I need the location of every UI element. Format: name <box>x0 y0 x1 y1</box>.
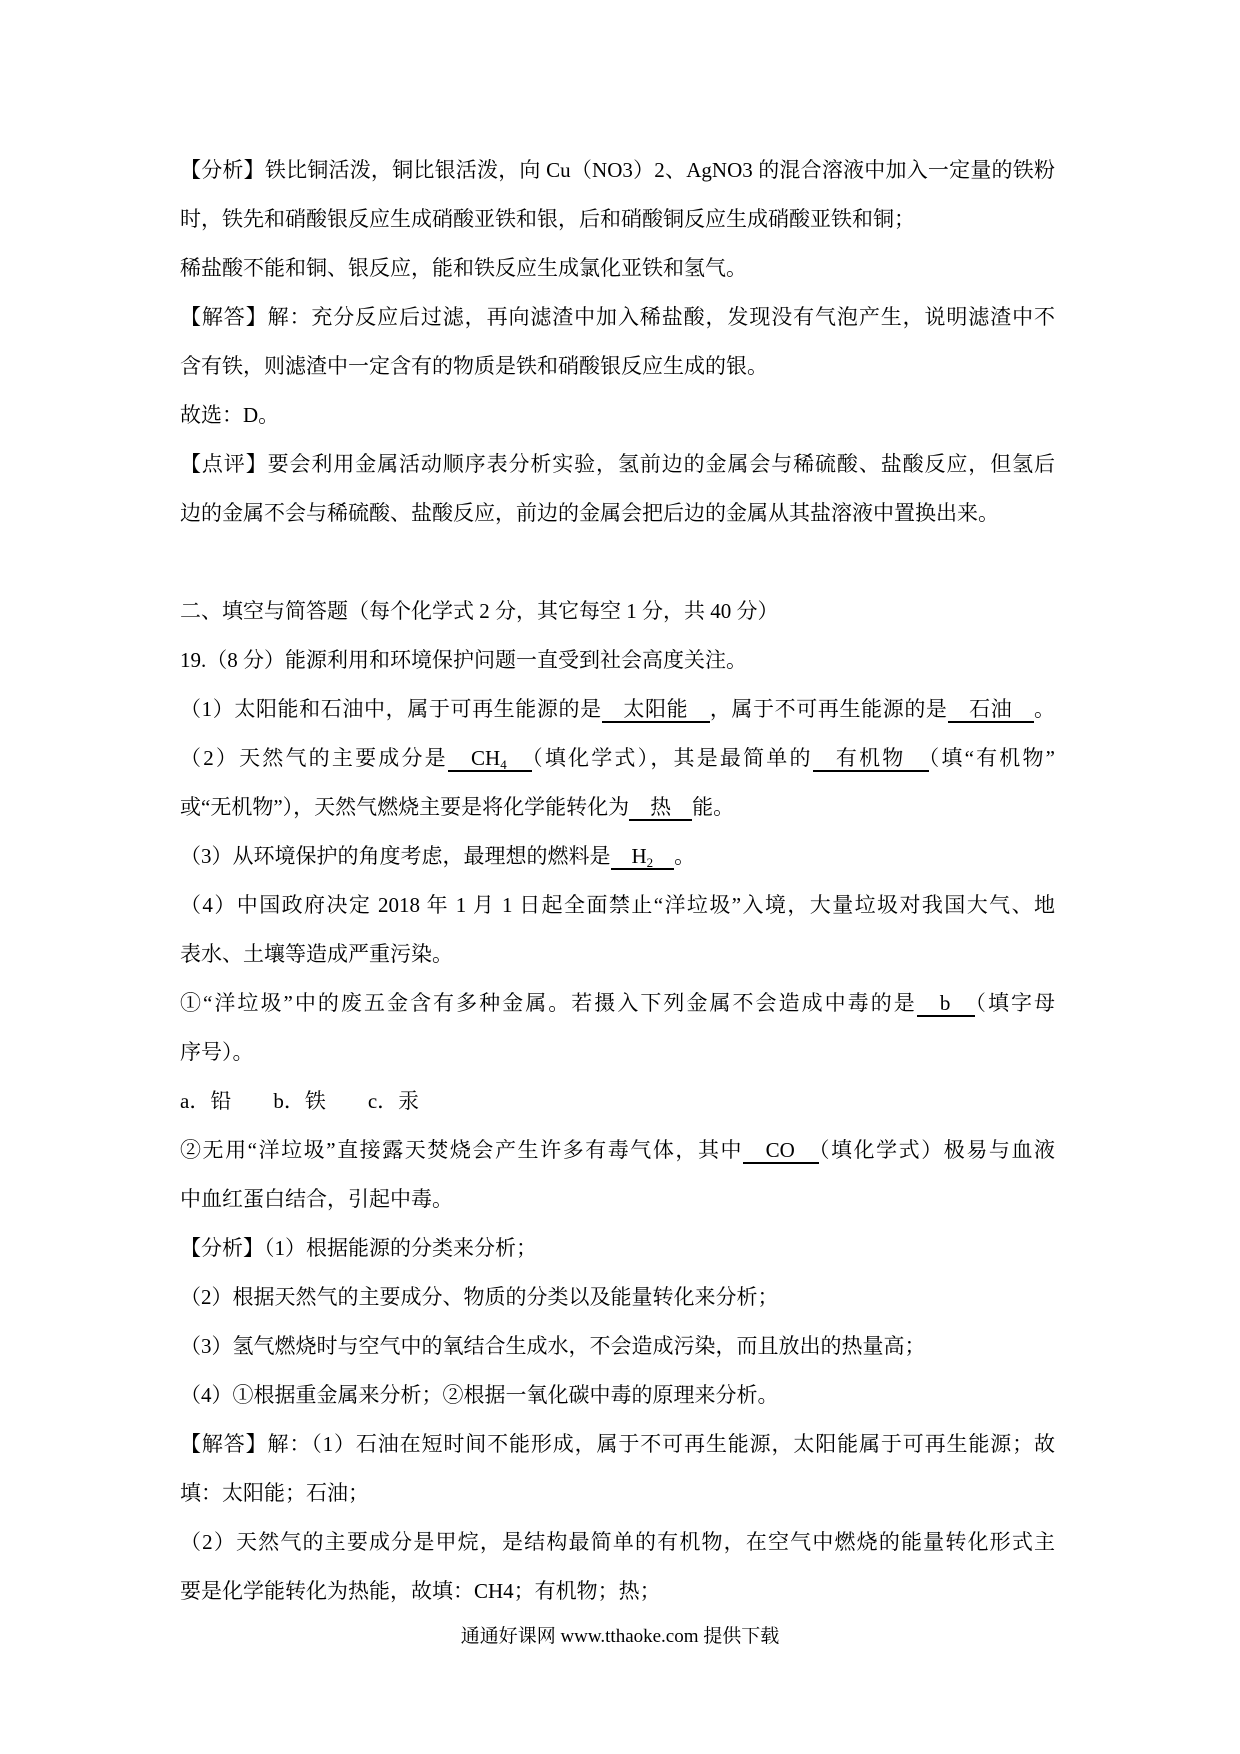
answer-blank: H2 <box>611 844 675 870</box>
text-segment: 要是化学能转化为热能，故填：CH4；有机物；热； <box>180 1579 661 1603</box>
text-line: （1）太阳能和石油中，属于可再生能源的是 太阳能 ，属于不可再生能源的是 石油 … <box>180 685 1055 734</box>
text-segment: 填：太阳能；石油； <box>180 1481 369 1505</box>
answer-blank: 太阳能 <box>602 697 710 723</box>
text-line: 表水、土壤等造成严重污染。 <box>180 930 1055 979</box>
text-segment: 含有铁，则滤渣中一定含有的物质是铁和硝酸银反应生成的银。 <box>180 354 768 378</box>
text-segment: 或“无机物”），天然气燃烧主要是将化学能转化为 <box>180 795 629 819</box>
answer-blank: b <box>917 991 976 1017</box>
text-segment: 故选：D。 <box>180 403 279 427</box>
text-line: （3）氢气燃烧时与空气中的氧结合生成水，不会造成污染，而且放出的热量高； <box>180 1322 1055 1371</box>
text-segment: 【分析】（1）根据能源的分类来分析； <box>180 1236 537 1260</box>
text-segment: （2）根据天然气的主要成分、物质的分类以及能量转化来分析； <box>180 1285 779 1309</box>
answer-text: H <box>611 844 647 868</box>
answer-blank: 石油 <box>948 697 1034 723</box>
text-line: 【分析】（1）根据能源的分类来分析； <box>180 1224 1055 1273</box>
text-segment: （3）氢气燃烧时与空气中的氧结合生成水，不会造成污染，而且放出的热量高； <box>180 1334 926 1358</box>
text-segment: 【解答】解：（1）石油在短时间不能形成，属于不可再生能源，太阳能属于可再生能源；… <box>180 1432 1055 1456</box>
text-segment: （填“有机物” <box>929 746 1055 770</box>
text-segment: （2）天然气的主要成分是 <box>180 746 448 770</box>
text-segment: ①“洋垃圾”中的废五金含有多种金属。若摄入下列金属不会造成中毒的是 <box>180 991 917 1015</box>
answer-text: 有机物 <box>813 746 929 770</box>
text-line: 边的金属不会与稀硫酸、盐酸反应，前边的金属会把后边的金属从其盐溶液中置换出来。 <box>180 489 1055 538</box>
answer-text: b <box>917 991 976 1015</box>
text-segment: （填化学式），其是最简单的 <box>532 746 813 770</box>
text-line: （3）从环境保护的角度考虑，最理想的燃料是 H2 。 <box>180 832 1055 881</box>
text-line: 稀盐酸不能和铜、银反应，能和铁反应生成氯化亚铁和氢气。 <box>180 244 1055 293</box>
text-line: 序号）。 <box>180 1028 1055 1077</box>
text-line: 中血红蛋白结合，引起中毒。 <box>180 1175 1055 1224</box>
answer-text <box>507 746 532 770</box>
text-line: 二、填空与简答题（每个化学式 2 分，其它每空 1 分，共 40 分） <box>180 587 1055 636</box>
text-segment: （1）太阳能和石油中，属于可再生能源的是 <box>180 697 602 721</box>
text-segment: （填化学式）极易与血液 <box>819 1138 1055 1162</box>
answer-text: 热 <box>629 795 692 819</box>
text-line: 要是化学能转化为热能，故填：CH4；有机物；热； <box>180 1567 1055 1616</box>
text-line: 【解答】解：（1）石油在短时间不能形成，属于不可再生能源，太阳能属于可再生能源；… <box>180 1420 1055 1469</box>
text-line: 19.（8 分）能源利用和环境保护问题一直受到社会高度关注。 <box>180 636 1055 685</box>
text-line: 【点评】要会利用金属活动顺序表分析实验，氢前边的金属会与稀硫酸、盐酸反应，但氢后 <box>180 440 1055 489</box>
answer-blank: CH4 <box>448 746 532 772</box>
text-segment: 【解答】解：充分反应后过滤，再向滤渣中加入稀盐酸，发现没有气泡产生，说明滤渣中不 <box>180 305 1055 329</box>
text-line: 【分析】铁比铜活泼，铜比银活泼，向 Cu（NO3）2、AgNO3 的混合溶液中加… <box>180 146 1055 195</box>
answer-text: 太阳能 <box>602 697 710 721</box>
text-segment: 。 <box>1034 697 1055 721</box>
text-line: 填：太阳能；石油； <box>180 1469 1055 1518</box>
text-segment: 表水、土壤等造成严重污染。 <box>180 942 453 966</box>
answer-text: CO <box>743 1138 819 1162</box>
text-line: （2）根据天然气的主要成分、物质的分类以及能量转化来分析； <box>180 1273 1055 1322</box>
answer-blank: 有机物 <box>813 746 929 772</box>
answer-text: 石油 <box>948 697 1034 721</box>
exam-document-page: 【分析】铁比铜活泼，铜比银活泼，向 Cu（NO3）2、AgNO3 的混合溶液中加… <box>0 0 1240 1754</box>
footer-watermark-text: 通通好课网 www.tthaoke.com 提供下载 <box>461 1626 780 1647</box>
text-segment: 时，铁先和硝酸银反应生成硝酸亚铁和银，后和硝酸铜反应生成硝酸亚铁和铜； <box>180 207 915 231</box>
text-segment: 能。 <box>692 795 734 819</box>
text-segment: （3）从环境保护的角度考虑，最理想的燃料是 <box>180 844 611 868</box>
text-segment: 19.（8 分）能源利用和环境保护问题一直受到社会高度关注。 <box>180 648 747 672</box>
text-segment: 稀盐酸不能和铜、银反应，能和铁反应生成氯化亚铁和氢气。 <box>180 256 747 280</box>
text-line: （4）中国政府决定 2018 年 1 月 1 日起全面禁止“洋垃圾”入境，大量垃… <box>180 881 1055 930</box>
text-line: ①“洋垃圾”中的废五金含有多种金属。若摄入下列金属不会造成中毒的是 b （填字母 <box>180 979 1055 1028</box>
text-line: ②无用“洋垃圾”直接露天焚烧会产生许多有毒气体，其中 CO （填化学式）极易与血… <box>180 1126 1055 1175</box>
text-segment: 【点评】要会利用金属活动顺序表分析实验，氢前边的金属会与稀硫酸、盐酸反应，但氢后 <box>180 452 1055 476</box>
text-segment: 。 <box>674 844 695 868</box>
text-line: 【解答】解：充分反应后过滤，再向滤渣中加入稀盐酸，发现没有气泡产生，说明滤渣中不 <box>180 293 1055 342</box>
text-segment: 边的金属不会与稀硫酸、盐酸反应，前边的金属会把后边的金属从其盐溶液中置换出来。 <box>180 501 999 525</box>
page-footer: 通通好课网 www.tthaoke.com 提供下载 <box>0 1622 1240 1652</box>
text-segment: （填字母 <box>975 991 1055 1015</box>
document-body: 【分析】铁比铜活泼，铜比银活泼，向 Cu（NO3）2、AgNO3 的混合溶液中加… <box>180 146 1055 1616</box>
text-segment: ②无用“洋垃圾”直接露天焚烧会产生许多有毒气体，其中 <box>180 1138 743 1162</box>
text-line: （4）①根据重金属来分析；②根据一氧化碳中毒的原理来分析。 <box>180 1371 1055 1420</box>
text-segment: （4）①根据重金属来分析；②根据一氧化碳中毒的原理来分析。 <box>180 1383 779 1407</box>
text-segment: （2）天然气的主要成分是甲烷，是结构最简单的有机物，在空气中燃烧的能量转化形式主 <box>180 1530 1055 1554</box>
text-segment: 中血红蛋白结合，引起中毒。 <box>180 1187 453 1211</box>
text-segment: a．铅 b．铁 c．汞 <box>180 1089 419 1113</box>
text-line: 时，铁先和硝酸银反应生成硝酸亚铁和银，后和硝酸铜反应生成硝酸亚铁和铜； <box>180 195 1055 244</box>
answer-blank: CO <box>743 1138 819 1164</box>
text-segment: 【分析】铁比铜活泼，铜比银活泼，向 Cu（NO3）2、AgNO3 的混合溶液中加… <box>180 158 1055 182</box>
text-line: （2）天然气的主要成分是甲烷，是结构最简单的有机物，在空气中燃烧的能量转化形式主 <box>180 1518 1055 1567</box>
text-line: （2）天然气的主要成分是 CH4 （填化学式），其是最简单的 有机物 （填“有机… <box>180 734 1055 783</box>
text-line: 故选：D。 <box>180 391 1055 440</box>
text-line: 或“无机物”），天然气燃烧主要是将化学能转化为 热 能。 <box>180 783 1055 832</box>
text-segment: 二、填空与简答题（每个化学式 2 分，其它每空 1 分，共 40 分） <box>180 599 779 623</box>
text-line: a．铅 b．铁 c．汞 <box>180 1077 1055 1126</box>
text-segment: ，属于不可再生能源的是 <box>710 697 948 721</box>
answer-text <box>653 844 674 868</box>
text-line: 含有铁，则滤渣中一定含有的物质是铁和硝酸银反应生成的银。 <box>180 342 1055 391</box>
text-segment: （4）中国政府决定 2018 年 1 月 1 日起全面禁止“洋垃圾”入境，大量垃… <box>180 893 1055 917</box>
answer-blank: 热 <box>629 795 692 821</box>
blank-line <box>180 538 1055 587</box>
text-segment: 序号）。 <box>180 1040 254 1064</box>
answer-text: CH <box>448 746 500 770</box>
